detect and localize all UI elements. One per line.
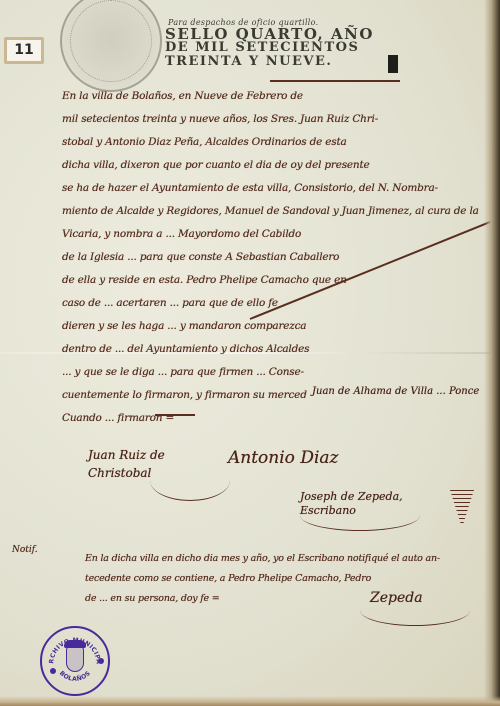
- body-line: de la Iglesia ... para que conste A Seba…: [62, 251, 339, 263]
- body-line: miento de Alcalde y Regidores, Manuel de…: [62, 205, 479, 217]
- page-edge-shadow: [484, 0, 500, 706]
- notification-line: En la dicha villa en dicho dia mes y año…: [85, 553, 440, 564]
- archive-municipal-stamp: ARCHIVO MUNICIPAL BOLAÑOS: [40, 626, 110, 696]
- body-line: se ha de hazer el Ayuntamiento de esta v…: [62, 182, 438, 194]
- body-line: dicha villa, dixeron que por cuanto el d…: [62, 159, 370, 171]
- notification-line: de ... en su persona, doy fe =: [85, 593, 220, 604]
- embossed-royal-seal: [60, 0, 162, 92]
- notification-line: tecedente como se contiene, a Pedro Phel…: [85, 573, 371, 584]
- stamp-line-2: DE MIL SETECIENTOS: [165, 41, 425, 55]
- body-line: stobal y Antonio Diaz Peña, Alcaldes Ord…: [62, 136, 347, 148]
- stamp-line-3: TREINTA Y NUEVE.: [165, 55, 425, 69]
- margin-note: Notif.: [12, 545, 38, 555]
- stamp-ink-block: [388, 55, 398, 73]
- body-line: caso de ... acertaren ... para que de el…: [62, 297, 278, 309]
- body-line: cuentemente lo firmaron, y firmaron su m…: [62, 389, 307, 401]
- body-line: En la villa de Bolaños, en Nueve de Febr…: [62, 90, 303, 102]
- signature-diaz: Antonio Diaz: [228, 448, 338, 468]
- rubric-hatching: [450, 490, 474, 524]
- body-line: dentro de ... del Ayuntamiento y dichos …: [62, 343, 309, 355]
- coat-of-arms-icon: [66, 646, 84, 672]
- closing-rule: [155, 414, 195, 416]
- folio-number-label: 11: [4, 37, 44, 64]
- signature-flourish: [300, 500, 420, 531]
- stamped-paper-header: Para despachos de oficio quartillo. SELL…: [165, 18, 425, 69]
- page-bottom-edge: [0, 696, 500, 706]
- header-rule: [270, 80, 400, 82]
- stamp-line-1: SELLO QUARTO, AÑO: [165, 27, 425, 41]
- body-line: mil setecientos treinta y nueve años, lo…: [62, 113, 378, 125]
- signature-alhama: Juan de Alhama de Villa ... Ponce: [312, 385, 492, 399]
- manuscript-page: 11 Para despachos de oficio quartillo. S…: [0, 0, 500, 706]
- seal-inner-ring: [70, 0, 152, 82]
- body-line: de ella y reside en esta. Pedro Phelipe …: [62, 274, 347, 286]
- body-line: Vicaria, y nombra a ... Mayordomo del Ca…: [62, 228, 301, 240]
- signature-flourish: [360, 595, 470, 626]
- body-line: ... y que se le diga ... para que firmen…: [62, 366, 304, 378]
- signature-flourish: [150, 460, 230, 501]
- body-line: dieren y se les haga ... y mandaron comp…: [62, 320, 306, 332]
- stamp-dot: [50, 668, 56, 674]
- stamp-dot: [98, 658, 104, 664]
